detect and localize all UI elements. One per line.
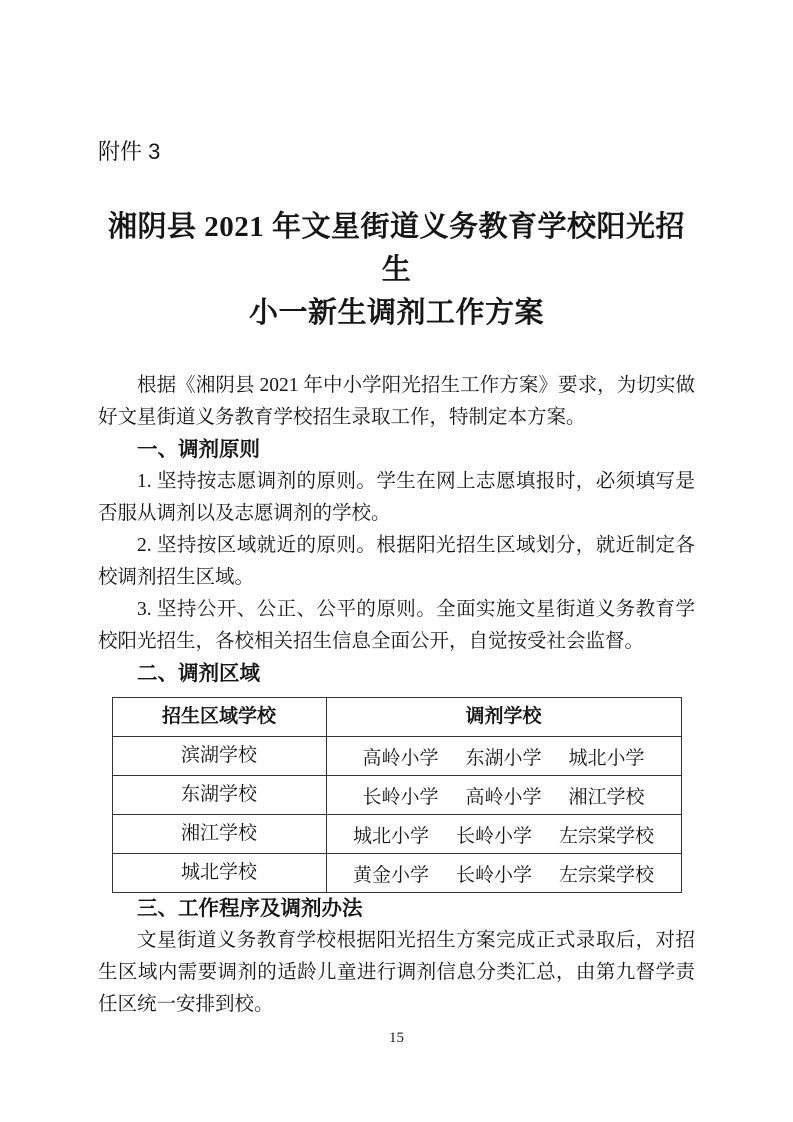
table-row: 东湖学校 长岭小学 高岭小学 湘江学校 [112,776,681,815]
procedure-paragraph: 文星街道义务教育学校根据阳光招生方案完成正式录取后，对招生区域内需要调剂的适龄儿… [98,925,695,1021]
zone-school-cell: 湘江学校 [112,815,326,854]
adjust-schools-list: 高岭小学 东湖小学 城北小学 [327,737,681,775]
section-1-heading: 一、调剂原则 [98,434,695,466]
table-header-adjust-school: 调剂学校 [326,698,681,737]
document-title-line-1: 湘阴县 2021 年文星街道义务教育学校阳光招生 [98,206,695,292]
school-name: 左宗棠学校 [559,821,654,848]
adjust-schools-cell: 黄金小学 长岭小学 左宗棠学校 [326,854,681,893]
adjustment-area-table: 招生区域学校 调剂学校 滨湖学校 高岭小学 东湖小学 城北小学 东湖学校 [112,697,682,893]
school-name: 城北小学 [353,821,429,848]
adjust-schools-list: 黄金小学 长岭小学 左宗棠学校 [327,854,681,892]
school-name: 东湖小学 [465,743,541,770]
school-name: 高岭小学 [465,782,541,809]
document-page: 附件 3 湘阴县 2021 年文星街道义务教育学校阳光招生 小一新生调剂工作方案… [0,0,793,1122]
section-2-heading: 二、调剂区域 [98,658,695,690]
school-name: 城北小学 [569,743,645,770]
adjust-schools-list: 长岭小学 高岭小学 湘江学校 [327,776,681,814]
adjust-schools-list: 城北小学 长岭小学 左宗棠学校 [327,815,681,853]
adjust-schools-cell: 城北小学 长岭小学 左宗棠学校 [326,815,681,854]
zone-school-cell: 城北学校 [112,854,326,893]
principle-item-2: 2. 坚持按区域就近的原则。根据阳光招生区域划分，就近制定各校调剂招生区域。 [98,530,695,594]
intro-paragraph: 根据《湘阴县 2021 年中小学阳光招生工作方案》要求，为切实做好文星街道义务教… [98,370,695,434]
table-row: 城北学校 黄金小学 长岭小学 左宗棠学校 [112,854,681,893]
document-title-line-2: 小一新生调剂工作方案 [98,292,695,335]
zone-school-cell: 东湖学校 [112,776,326,815]
school-name: 高岭小学 [362,743,438,770]
school-name: 长岭小学 [456,860,532,887]
attachment-label: 附件 3 [98,138,695,165]
adjust-schools-cell: 高岭小学 东湖小学 城北小学 [326,737,681,776]
section-3-heading: 三、工作程序及调剂办法 [98,893,695,925]
school-name: 长岭小学 [362,782,438,809]
page-number: 15 [0,1030,793,1047]
table-header-row: 招生区域学校 调剂学校 [112,698,681,737]
principle-item-1: 1. 坚持按志愿调剂的原则。学生在网上志愿填报时，必须填写是否服从调剂以及志愿调… [98,466,695,530]
principle-item-3: 3. 坚持公开、公正、公平的原则。全面实施文星街道义务教育学校阳光招生，各校相关… [98,594,695,658]
adjust-schools-cell: 长岭小学 高岭小学 湘江学校 [326,776,681,815]
document-title: 湘阴县 2021 年文星街道义务教育学校阳光招生 小一新生调剂工作方案 [98,206,695,335]
school-name: 黄金小学 [353,860,429,887]
table-header-zone-school: 招生区域学校 [112,698,326,737]
school-name: 湘江学校 [569,782,645,809]
school-name: 长岭小学 [456,821,532,848]
table-row: 滨湖学校 高岭小学 东湖小学 城北小学 [112,737,681,776]
table-row: 湘江学校 城北小学 长岭小学 左宗棠学校 [112,815,681,854]
school-name: 左宗棠学校 [559,860,654,887]
zone-school-cell: 滨湖学校 [112,737,326,776]
